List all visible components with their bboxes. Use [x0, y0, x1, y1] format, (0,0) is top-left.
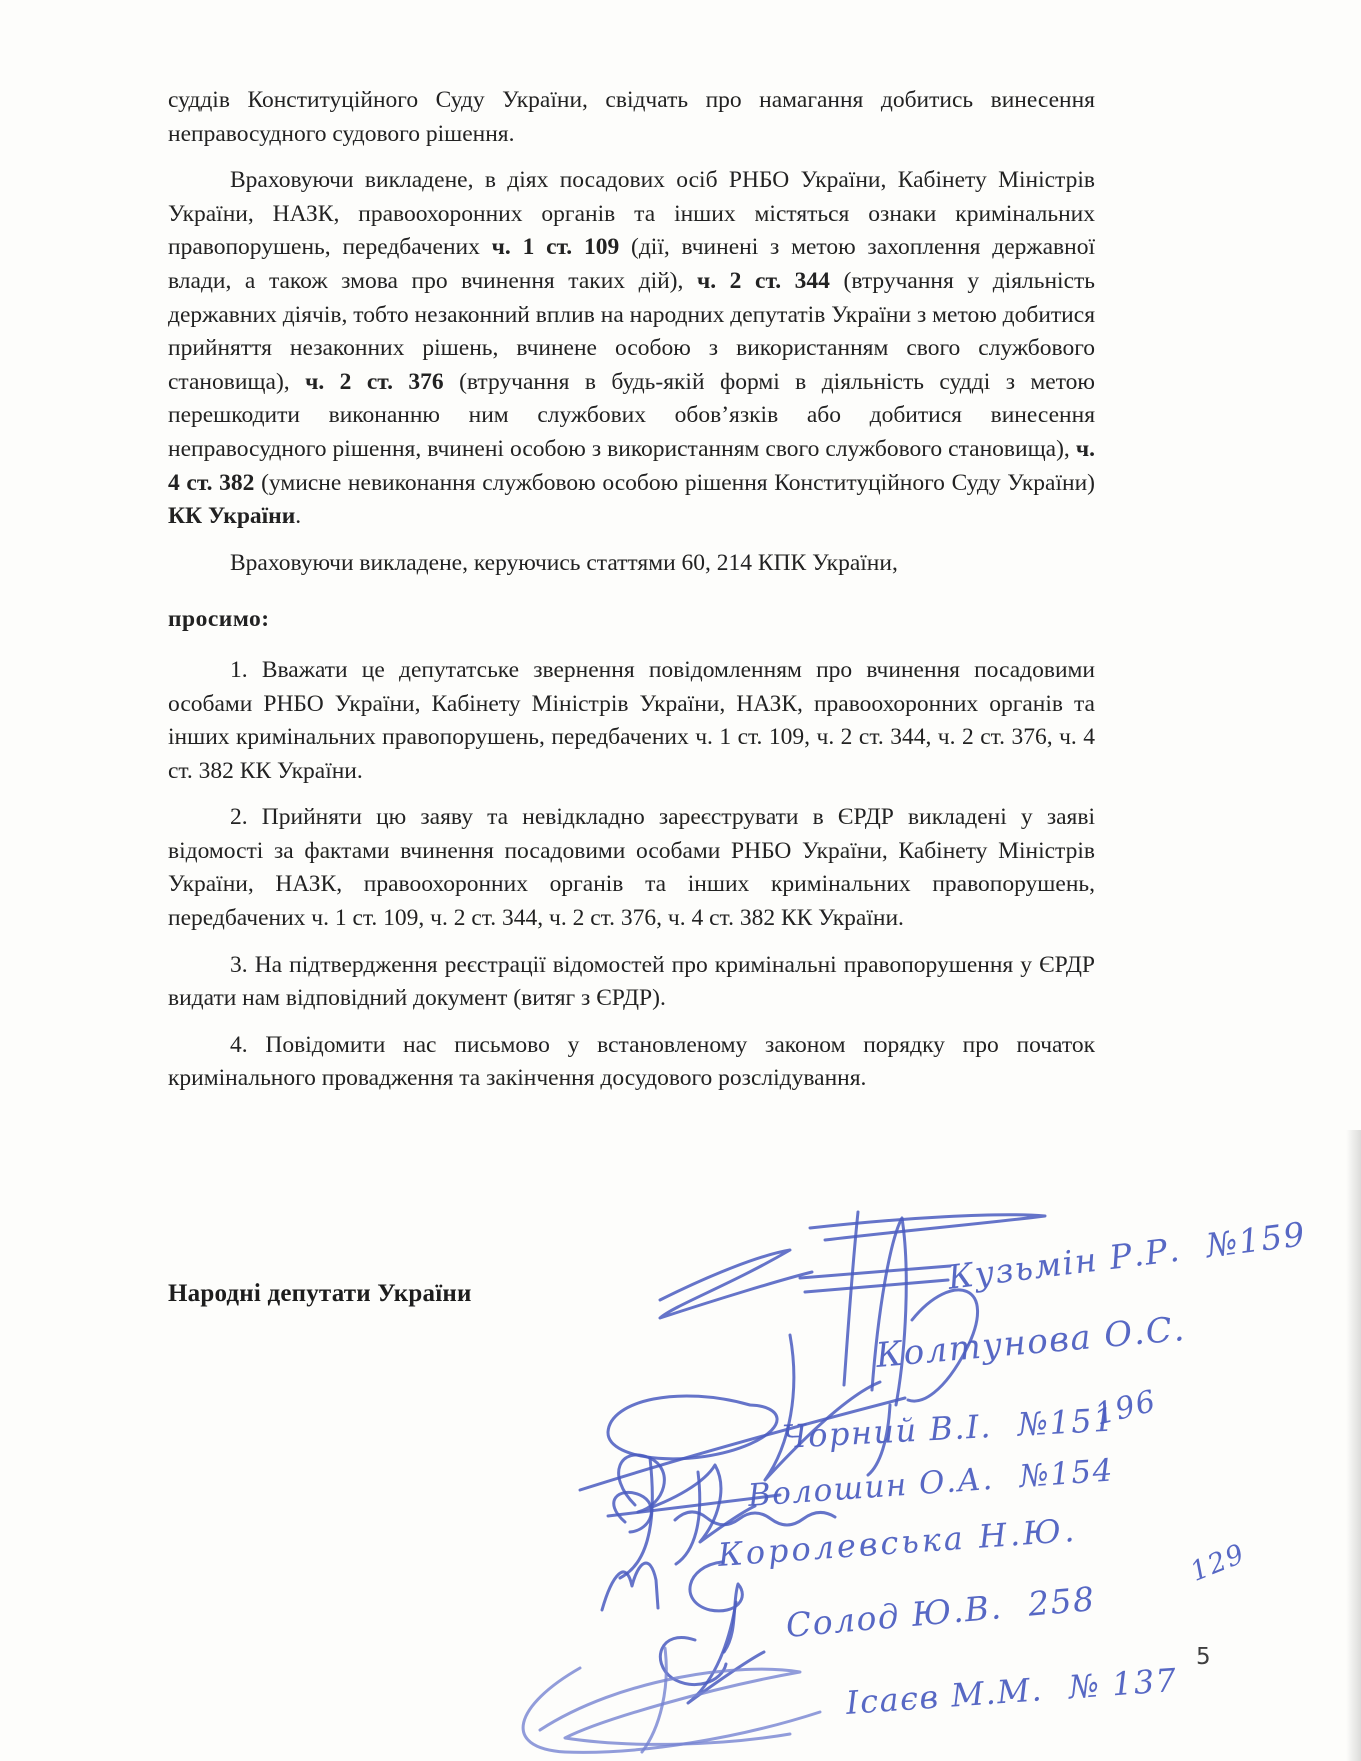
document-text: суддів Конституційного Суду України, сві…: [168, 84, 1095, 1109]
signature-card-number: №159: [1204, 1214, 1308, 1265]
signature-kuzmin: Кузьмін Р.Р.№159: [946, 1214, 1308, 1297]
signature-card-number: № 137: [1067, 1661, 1178, 1707]
signature-name: Королевська Н.Ю.: [717, 1511, 1079, 1574]
signature-isaiev: Ісаєв М.М.№ 137: [845, 1661, 1179, 1722]
request-heading: просимо:: [168, 603, 1095, 637]
paragraph-5: 1. Вважати це депутатське звернення пові…: [168, 654, 1095, 788]
signature-card-number: 258: [1026, 1579, 1097, 1624]
signature-solod: Солод Ю.В.258: [784, 1579, 1097, 1645]
signature-card-number: 129: [1186, 1538, 1250, 1588]
page-number: 5: [1196, 1644, 1211, 1670]
scan-edge-shadow: [1346, 1130, 1361, 1761]
paragraph-1: суддів Конституційного Суду України, сві…: [168, 84, 1095, 151]
signature-chornyi: Чорний В.І.№151: [781, 1401, 1116, 1456]
signatories-label: Народні депутати України: [168, 1280, 472, 1308]
signature-name: Волошин О.А.: [747, 1461, 995, 1514]
signature-voloshyn: Волошин О.А.№154: [747, 1452, 1115, 1513]
signature-name: Ісаєв М.М.: [845, 1670, 1044, 1722]
signature-koltunova: Колтунова О.С.: [874, 1309, 1187, 1376]
signature-name: Чорний В.І.: [781, 1407, 993, 1456]
signature-card-number: №154: [1018, 1452, 1115, 1495]
signature-name: Кузьмін Р.Р.: [946, 1230, 1183, 1297]
paragraph-3: Враховуючи викладене, керуючись статтями…: [168, 547, 1095, 581]
signature-korolevska-number: 129: [1186, 1538, 1250, 1588]
signature-name: Солод Ю.В.: [784, 1587, 1004, 1645]
paragraph-2: Враховуючи викладене, в діях посадових о…: [168, 164, 1095, 534]
signature-card-number: №151: [1017, 1401, 1116, 1444]
paragraph-8: 4. Повідомити нас письмово у встановлено…: [168, 1029, 1095, 1096]
paragraph-6: 2. Прийняти цю заяву та невідкладно заре…: [168, 801, 1095, 935]
signature-name: Колтунова О.С.: [874, 1309, 1187, 1376]
paragraph-7: 3. На підтвердження реєстрації відомосте…: [168, 949, 1095, 1016]
scanned-document-page: суддів Конституційного Суду України, сві…: [0, 0, 1361, 1761]
signature-korolevska: Королевська Н.Ю.: [717, 1511, 1079, 1574]
